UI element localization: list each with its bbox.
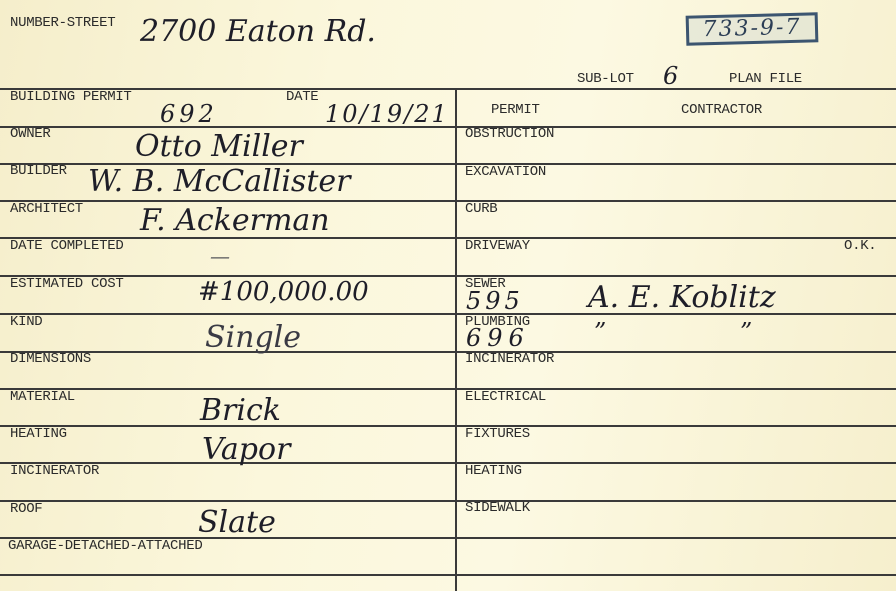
- dimensions-label: DIMENSIONS: [10, 351, 91, 367]
- heating-label: HEATING: [10, 426, 67, 442]
- column-divider: [455, 88, 457, 591]
- rule: [0, 500, 456, 502]
- estimated-cost-value: #100,000.00: [198, 277, 369, 307]
- contractor-header: CONTRACTOR: [681, 102, 762, 118]
- rule: [456, 462, 896, 464]
- obstruction-label: OBSTRUCTION: [465, 126, 554, 142]
- right-heating-label: HEATING: [465, 463, 522, 479]
- address-value: 2700 Eaton Rd.: [140, 14, 376, 49]
- building-permit-label: BUILDING PERMIT: [10, 89, 132, 105]
- kind-value: Single: [205, 320, 301, 355]
- rule: [0, 313, 456, 315]
- kind-label: KIND: [10, 314, 42, 330]
- owner-value: Otto Miller: [135, 129, 303, 164]
- sewer-permit-value: 595: [466, 287, 524, 315]
- permit-header: PERMIT: [491, 102, 540, 118]
- builder-label: BUILDER: [10, 163, 67, 179]
- material-value: Brick: [200, 393, 281, 428]
- sewer-contractor-value: A. E. Koblitz: [588, 280, 776, 315]
- rule: [0, 574, 456, 576]
- plumbing-contractor-ditto: ”: [594, 318, 606, 346]
- rule: [456, 574, 896, 576]
- roof-label: ROOF: [10, 501, 42, 517]
- rule: [456, 275, 896, 277]
- architect-value: F. Ackerman: [140, 203, 330, 238]
- rule: [456, 88, 896, 90]
- date-label: DATE: [286, 89, 318, 105]
- driveway-status: O.K.: [844, 238, 876, 254]
- rule: [456, 200, 896, 202]
- right-incinerator-label: INCINERATOR: [465, 351, 554, 367]
- date-completed-value: —: [210, 244, 230, 268]
- architect-label: ARCHITECT: [10, 201, 83, 217]
- heating-value: Vapor: [202, 432, 290, 467]
- estimated-cost-label: ESTIMATED COST: [10, 276, 123, 292]
- building-permit-value: 692: [160, 100, 218, 128]
- file-number-stamp: 733-9-7: [686, 12, 819, 45]
- electrical-label: ELECTRICAL: [465, 389, 546, 405]
- sub-lot-value: 6: [663, 62, 678, 90]
- rule: [456, 537, 896, 539]
- plan-file-label: PLAN FILE: [729, 71, 802, 87]
- sidewalk-label: SIDEWALK: [465, 500, 530, 516]
- curb-label: CURB: [465, 201, 497, 217]
- plumbing-contractor-ditto: ”: [740, 318, 752, 346]
- number-street-label: NUMBER-STREET: [10, 15, 115, 31]
- incinerator-label: INCINERATOR: [10, 463, 99, 479]
- date-value: 10/19/21: [325, 100, 449, 128]
- roof-value: Slate: [198, 505, 276, 540]
- excavation-label: EXCAVATION: [465, 164, 546, 180]
- owner-label: OWNER: [10, 126, 51, 142]
- fixtures-label: FIXTURES: [465, 426, 530, 442]
- material-label: MATERIAL: [10, 389, 75, 405]
- sub-lot-label: SUB-LOT: [577, 71, 634, 87]
- driveway-label: DRIVEWAY: [465, 238, 530, 254]
- builder-value: W. B. McCallister: [88, 164, 350, 199]
- garage-label: GARAGE-DETACHED-ATTACHED: [8, 538, 202, 554]
- permit-index-card: NUMBER-STREET 2700 Eaton Rd. 733-9-7 SUB…: [0, 0, 896, 591]
- plumbing-permit-value: 696: [466, 324, 530, 352]
- date-completed-label: DATE COMPLETED: [10, 238, 123, 254]
